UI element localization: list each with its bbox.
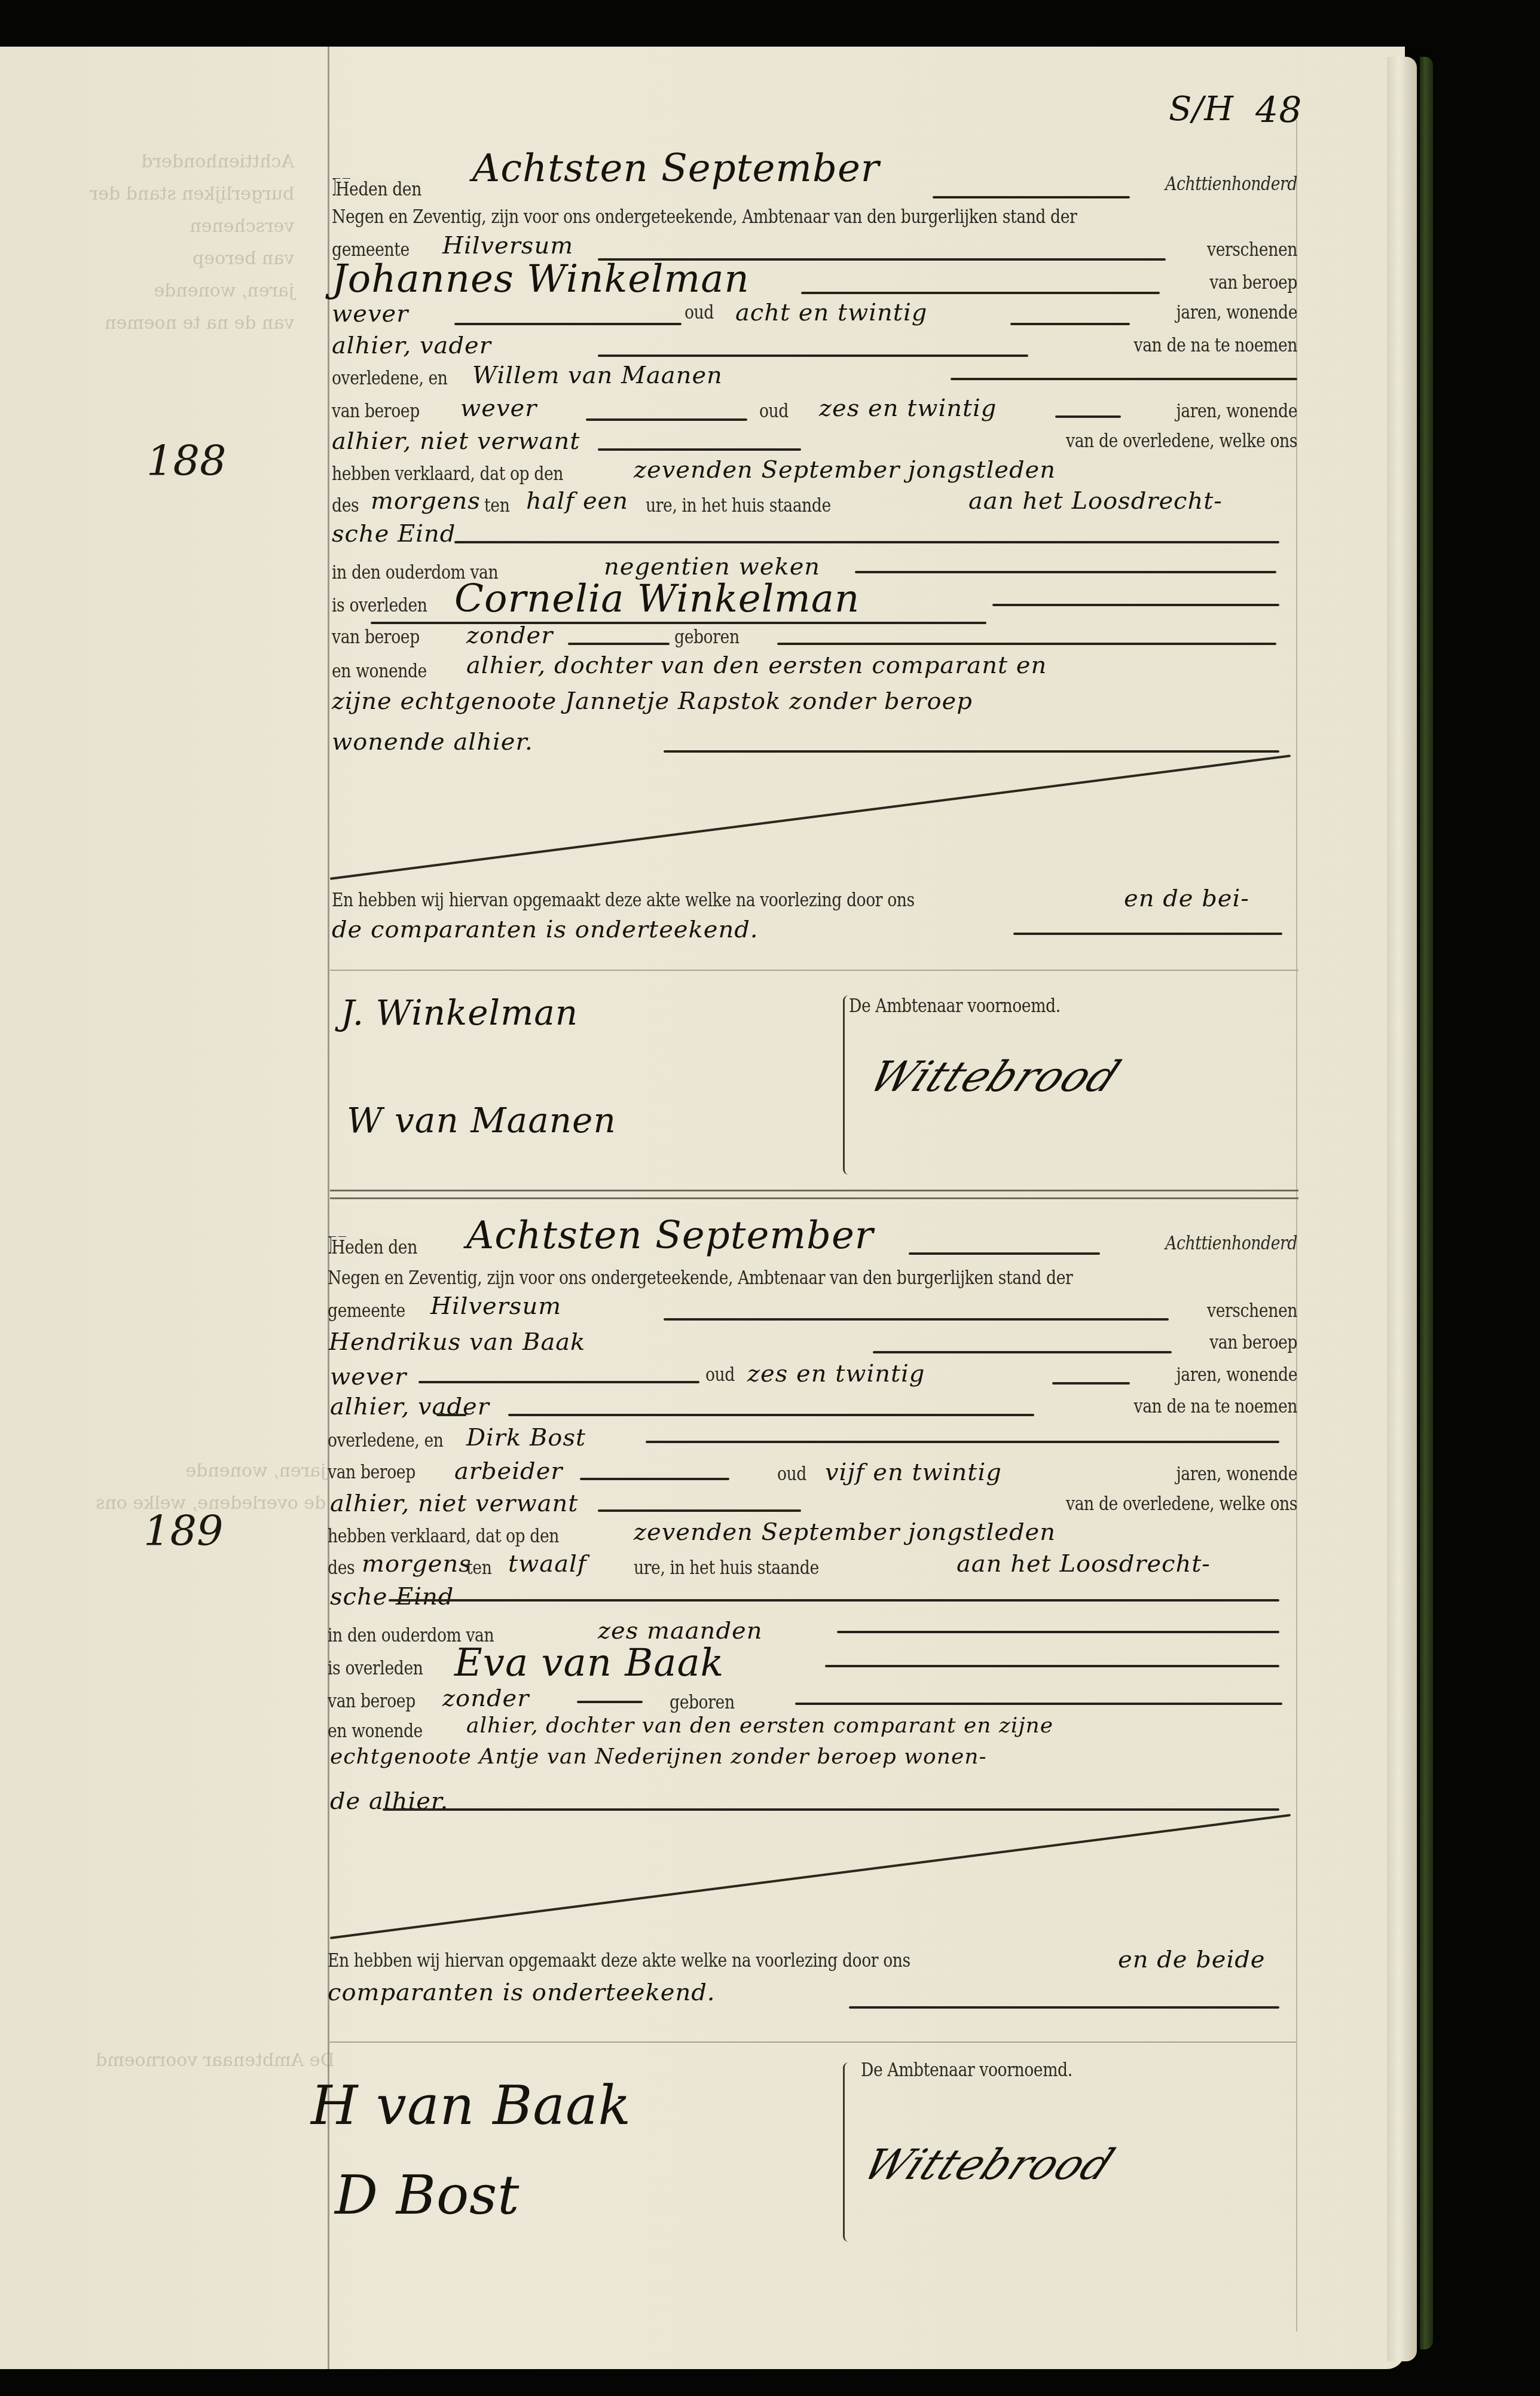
register-page — [0, 47, 1405, 2369]
print-oud: oud — [685, 302, 714, 323]
print-achttienhonderd: Achttienhonderd — [1107, 1233, 1297, 1254]
fill-line — [454, 541, 1279, 543]
print-hebben-verklaard: hebben verklaard, dat op den — [332, 463, 563, 485]
hand-closing-1: en de bei- — [1124, 885, 1249, 912]
print-jaren-wonende: jaren, wonende — [1153, 1463, 1297, 1485]
print-van-de-overledene: van de overledene, welke ons — [1030, 1493, 1297, 1515]
fill-line — [568, 643, 670, 645]
hand-deceased-residence: alhier, dochter van den eersten comparan… — [466, 1713, 1053, 1738]
print-van-beroep: van beroep — [1184, 272, 1297, 294]
section-rule — [330, 970, 1298, 971]
entry-divider — [330, 1197, 1298, 1199]
hand-time-part2: twaalf — [508, 1550, 587, 1578]
section-rule — [328, 2042, 1296, 2043]
print-ten: ten — [484, 495, 509, 517]
hand-time-part1: morgens — [362, 1550, 472, 1578]
print-ten: ten — [466, 1557, 491, 1579]
fill-line — [598, 448, 801, 451]
print-hebben-verklaard: hebben verklaard, dat op den — [328, 1526, 559, 1547]
ghost-line: jaren, wonende — [186, 1460, 326, 1481]
ghost-line: van de na te noemen — [105, 313, 294, 334]
hand-deceased-residence: alhier, dochter van den eersten comparan… — [466, 652, 1047, 679]
print-van-beroep: van beroep — [1184, 1332, 1297, 1353]
hand-address-line1: aan het Loosdrecht- — [957, 1550, 1211, 1578]
print-jaren-wonende: jaren, wonende — [1153, 302, 1297, 323]
fill-line — [436, 1414, 466, 1416]
hand-informant1-occupation: wever — [332, 300, 408, 328]
signature-informant1: H van Baak — [311, 2074, 631, 2137]
print-ure-huis: ure, in het huis staande — [646, 495, 831, 517]
bleed-through-text: jaren, wonende de overledene, welke ons — [96, 1423, 326, 1520]
hand-gemeente: Hilversum — [430, 1292, 561, 1320]
fill-line — [418, 1381, 699, 1383]
signature-informant2: D Bost — [335, 2164, 520, 2227]
print-heden-den: HHeden den — [332, 173, 421, 201]
print-jaren-wonende: jaren, wonende — [1153, 401, 1297, 422]
fill-line — [1055, 415, 1121, 418]
ghost-line: verschenen — [190, 216, 294, 237]
signature-informant1: J. Winkelman — [341, 992, 578, 1033]
print-oud: oud — [705, 1364, 735, 1386]
print-oud: oud — [777, 1463, 806, 1485]
record-number: 189 — [143, 1506, 224, 1555]
print-heden-den: HHeden den — [328, 1231, 417, 1260]
signature-official: Wittebrood — [861, 1052, 1128, 1101]
hand-informant1-name: Hendrikus van Baak — [329, 1328, 585, 1356]
print-oud: oud — [759, 401, 789, 422]
print-geboren: geboren — [670, 1692, 735, 1713]
hand-informant1-age: zes en twintig — [747, 1360, 925, 1388]
hand-informant2-residence: alhier, niet verwant — [330, 1490, 578, 1517]
print-verschenen: verschenen — [1184, 1300, 1297, 1322]
hand-time-part1: morgens — [371, 487, 481, 515]
hand-parents-line2: de alhier. — [330, 1787, 448, 1815]
fill-line — [909, 1252, 1100, 1255]
hand-informant2-residence: alhier, niet verwant — [332, 427, 580, 455]
fill-line — [371, 622, 986, 624]
hand-closing-2: comparanten is onderteekend. — [328, 1979, 716, 2006]
hand-death-date: zevenden September jongstleden — [634, 456, 1056, 484]
hand-informant2-age: zes en twintig — [819, 395, 997, 422]
fill-line — [1010, 323, 1130, 325]
signature-brace — [843, 995, 848, 1175]
print-van-beroep: van beroep — [332, 626, 420, 648]
hand-parents-line2: wonende alhier. — [332, 728, 533, 756]
hand-informant1-occupation: wever — [330, 1363, 407, 1390]
ghost-line: Achttienhonderd — [141, 151, 294, 172]
hand-informant2-occupation: wever — [460, 395, 537, 422]
fill-line — [454, 323, 682, 325]
signature-informant2: W van Maanen — [347, 1100, 616, 1141]
hand-informant2-name: Dirk Bost — [466, 1424, 586, 1451]
fill-line — [586, 418, 747, 421]
bleed-through-text: Achttienhonderd burgerlijken stand der v… — [90, 114, 294, 340]
print-verschenen: verschenen — [1184, 239, 1297, 261]
page-number: 48 — [1255, 90, 1302, 132]
fill-line — [598, 1509, 801, 1512]
print-geboren: geboren — [674, 626, 740, 648]
fill-line — [777, 643, 1276, 645]
book-cover-edge — [1420, 57, 1433, 2349]
fill-line — [664, 750, 1279, 753]
print-van-beroep: van beroep — [328, 1462, 415, 1483]
print-overledene-en: overledene, en — [328, 1430, 444, 1451]
ghost-line: jaren, wonende — [154, 280, 294, 301]
print-gemeente: gemeente — [328, 1300, 405, 1322]
print-en-wonende: en wonende — [332, 661, 427, 682]
fill-line — [580, 1478, 729, 1480]
hand-deceased-occupation: zonder — [466, 622, 553, 649]
print-is-overleden: is overleden — [328, 1658, 423, 1679]
print-is-overleden: is overleden — [332, 595, 427, 616]
hand-informant1-age: acht en twintig — [735, 299, 927, 326]
hand-informant1-name: Johannes Winkelman — [332, 257, 750, 301]
hand-time-part2: half een — [526, 487, 628, 515]
folio-annotation: S/H — [1169, 90, 1234, 129]
hand-informant1-residence: alhier, vader — [332, 332, 491, 359]
print-van-beroep: van beroep — [328, 1691, 415, 1712]
hand-death-date: zevenden September jongstleden — [634, 1518, 1056, 1546]
hand-date: Achtsten September — [472, 146, 879, 191]
print-ambtenaar: De Ambtenaar voornoemd. — [849, 995, 1061, 1017]
hand-address-line2: sche Eind — [330, 1583, 454, 1610]
signature-brace — [843, 2062, 848, 2242]
hand-parents-line: echtgenoote Antje van Nederijnen zonder … — [330, 1744, 987, 1769]
form-label: Heden den — [335, 179, 421, 200]
print-des: des — [332, 495, 359, 517]
print-overledene-en: overledene, en — [332, 368, 448, 389]
hand-parents-line: zijne echtgenoote Jannetje Rapstok zonde… — [332, 687, 973, 715]
print-des: des — [328, 1557, 355, 1579]
print-van-de-na-te-noemen: van de na te noemen — [1097, 1396, 1297, 1417]
fill-line — [825, 1665, 1279, 1667]
fill-line — [801, 292, 1160, 294]
hand-date: Achtsten September — [466, 1214, 873, 1258]
print-van-beroep: van beroep — [332, 401, 420, 422]
entry-divider — [330, 1190, 1298, 1191]
fill-line — [992, 604, 1279, 606]
fill-line — [855, 571, 1276, 573]
hand-deceased-occupation: zonder — [442, 1685, 529, 1712]
page-stack-edge — [1387, 57, 1417, 2361]
ghost-line: van beroep — [192, 248, 294, 269]
hand-informant1-residence: alhier, vader — [330, 1393, 490, 1420]
fill-line — [389, 1599, 1279, 1602]
fill-line — [933, 196, 1130, 198]
fill-line — [383, 1808, 1279, 1811]
bleed-through-text: De Ambtenaar voornoemd — [96, 2044, 335, 2077]
hand-deceased-name: Cornelia Winkelman — [454, 577, 860, 621]
fill-line — [1013, 933, 1282, 935]
fill-line — [795, 1703, 1282, 1705]
print-achttienhonderd: Achttienhonderd — [1107, 173, 1297, 195]
hand-address-line1: aan het Loosdrecht- — [968, 487, 1223, 515]
fill-line — [873, 1351, 1172, 1353]
fill-line — [508, 1414, 1034, 1416]
form-label: Heden den — [331, 1237, 417, 1258]
print-jaren-wonende: jaren, wonende — [1153, 1364, 1297, 1386]
hand-informant2-age: vijf en twintig — [825, 1459, 1002, 1486]
hand-gemeente: Hilversum — [442, 232, 573, 259]
hand-informant2-name: Willem van Maanen — [472, 362, 723, 389]
fill-line — [664, 1318, 1169, 1321]
print-closing: En hebben wij hiervan opgemaakt deze akt… — [328, 1950, 910, 1972]
hand-deceased-name: Eva van Baak — [454, 1641, 724, 1685]
ghost-line: burgerlijken stand der — [90, 184, 294, 204]
print-line2: Negen en Zeventig, zijn voor ons onderge… — [328, 1267, 1072, 1289]
fill-line — [646, 1441, 1279, 1443]
print-en-wonende: en wonende — [328, 1720, 423, 1742]
fill-line — [837, 1631, 1279, 1633]
margin-rule — [328, 47, 329, 2369]
hand-informant2-occupation: arbeider — [454, 1457, 563, 1485]
print-line2: Negen en Zeventig, zijn voor ons onderge… — [332, 206, 1077, 228]
signature-official: Wittebrood — [855, 2140, 1122, 2189]
print-van-de-na-te-noemen: van de na te noemen — [1097, 335, 1297, 356]
fill-line — [577, 1701, 643, 1703]
fill-line — [1052, 1382, 1130, 1385]
hand-closing-2: de comparanten is onderteekend. — [332, 916, 759, 943]
print-closing: En hebben wij hiervan opgemaakt deze akt… — [332, 890, 915, 911]
fill-line — [598, 354, 1028, 357]
record-number: 188 — [146, 436, 227, 485]
fill-line — [951, 378, 1297, 380]
print-ambtenaar: De Ambtenaar voornoemd. — [861, 2059, 1072, 2081]
hand-address-line2: sche Eind — [332, 520, 456, 548]
fill-line — [849, 2006, 1279, 2009]
print-van-de-overledene: van de overledene, welke ons — [1030, 430, 1297, 452]
hand-closing-1: en de beide — [1118, 1946, 1266, 1973]
print-ure-huis: ure, in het huis staande — [634, 1557, 819, 1579]
